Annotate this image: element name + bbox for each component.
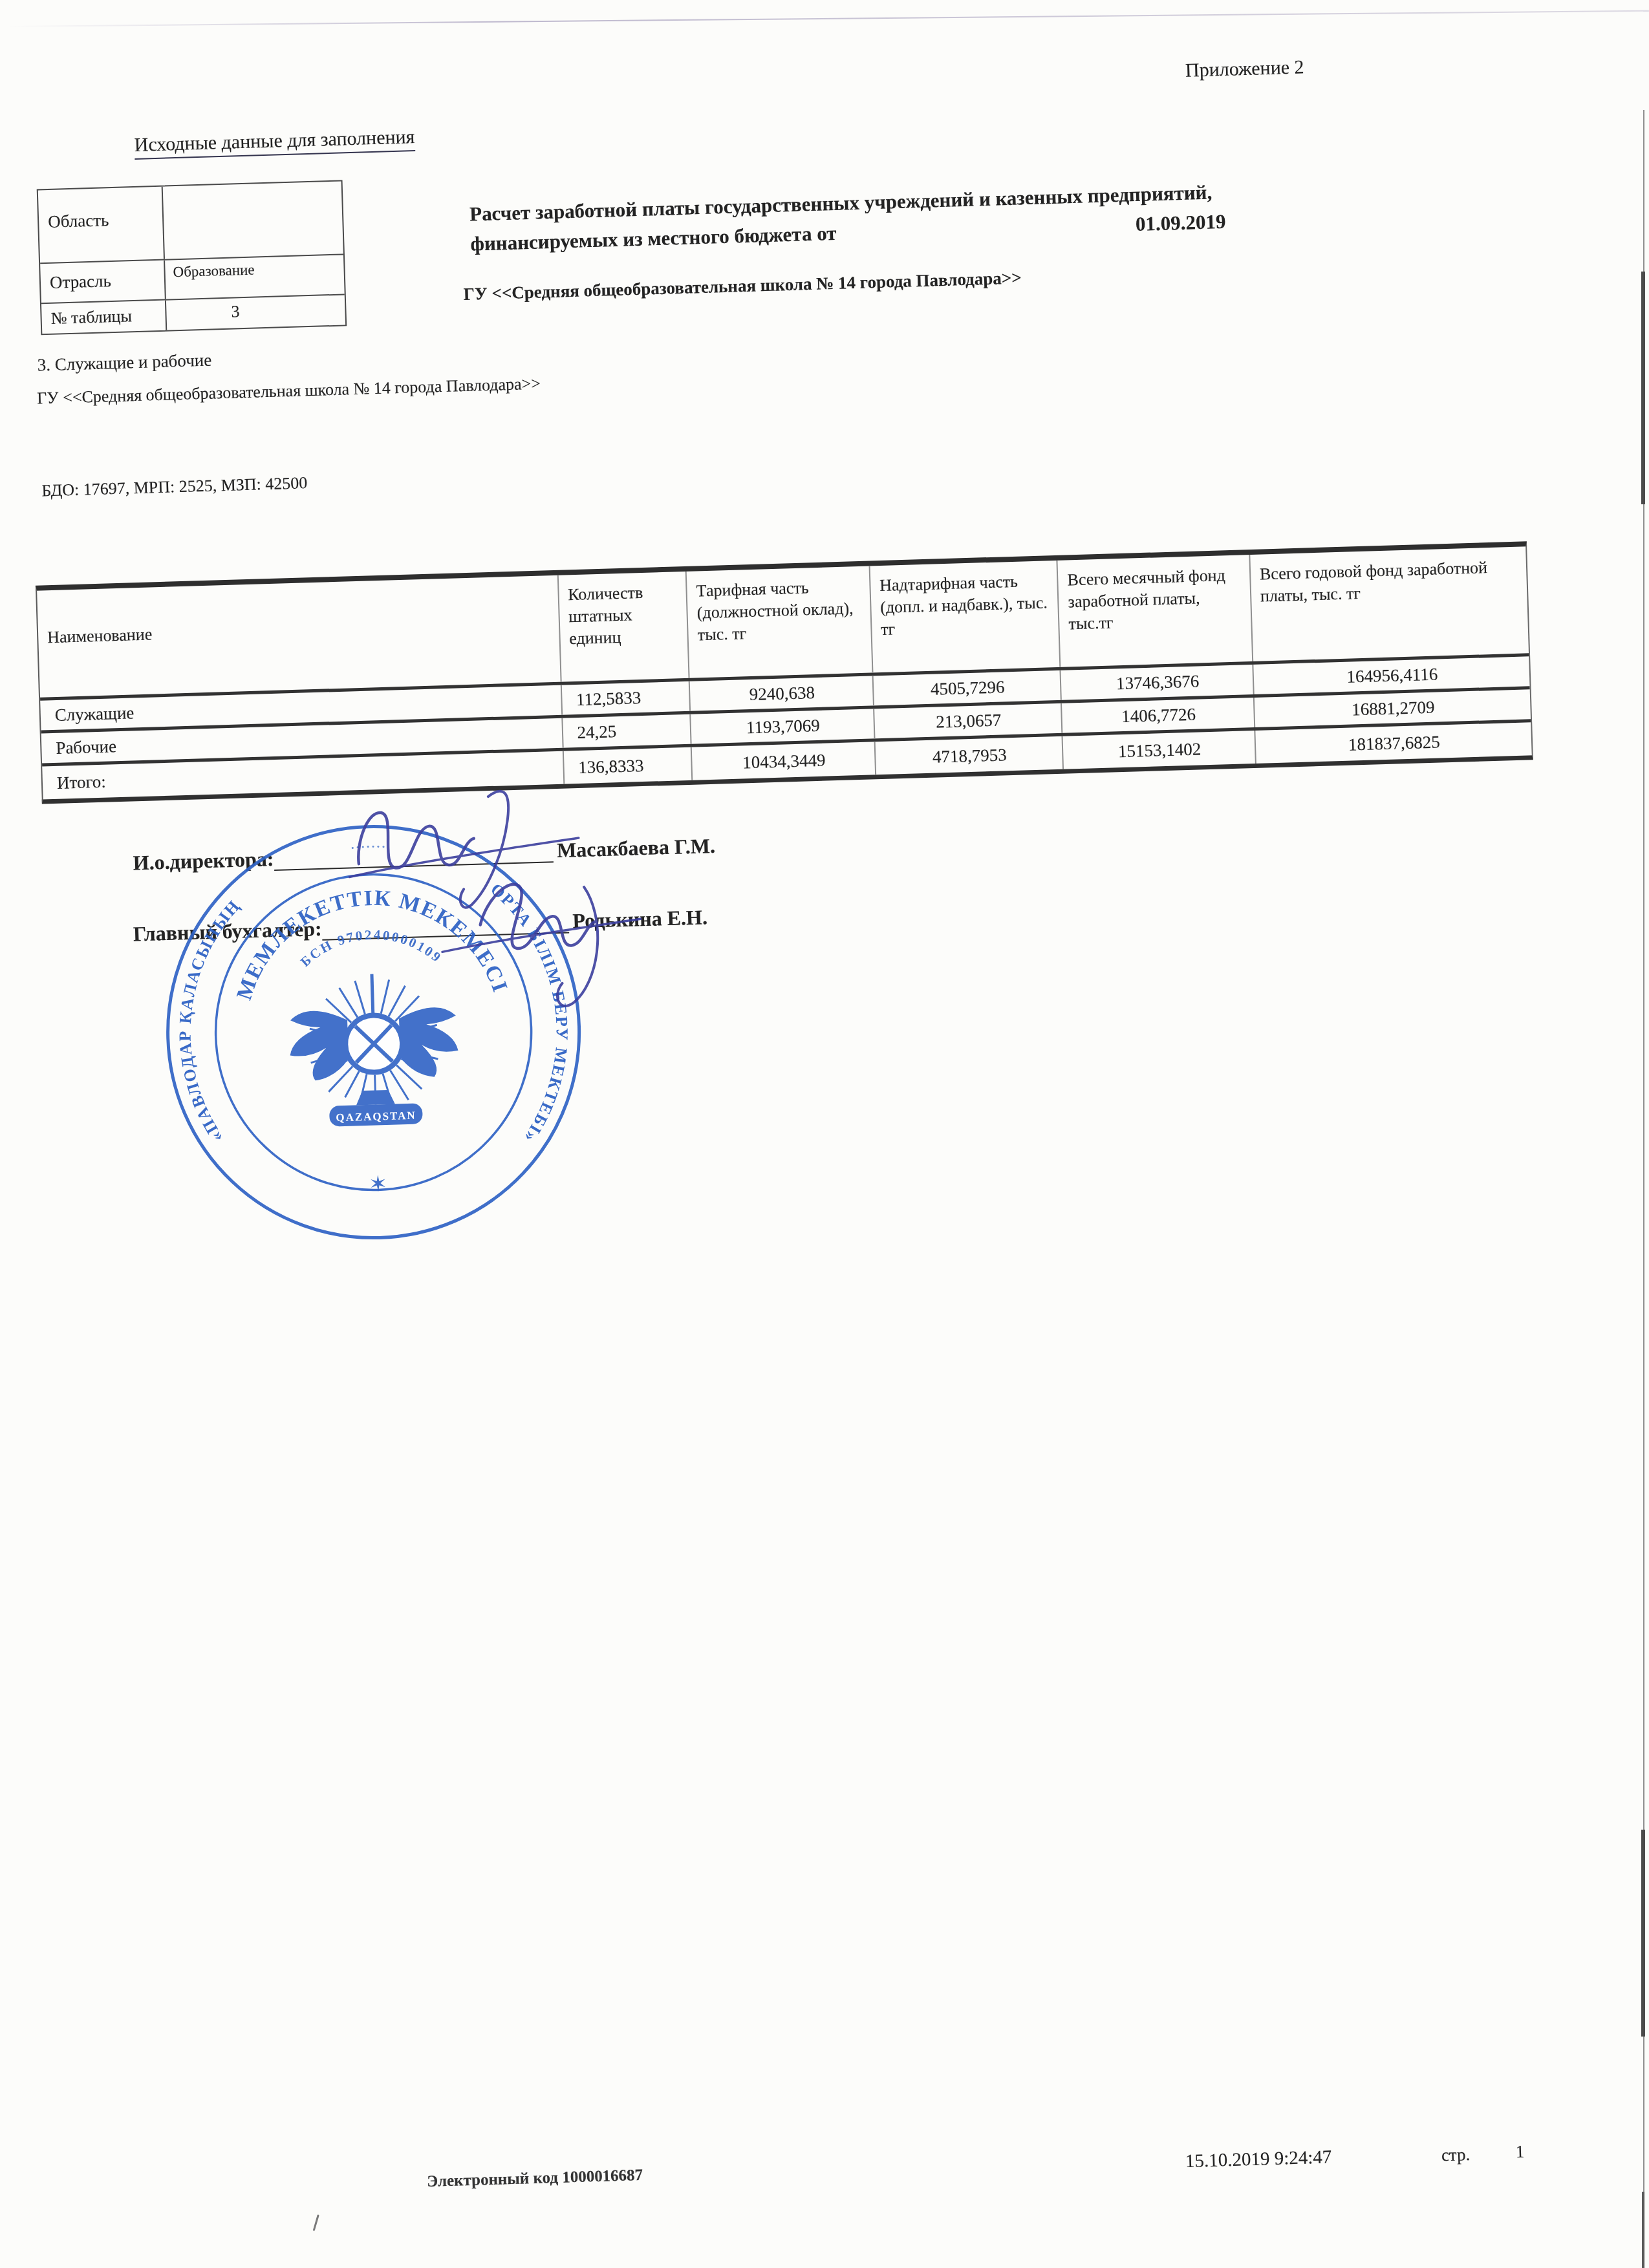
info-label: Область (38, 187, 165, 263)
page-label: стр. (1441, 2145, 1470, 2165)
cell-value: 4505,7296 (872, 670, 1061, 706)
constants-line: БДО: 17697, МРП: 2525, МЗП: 42500 (41, 473, 308, 500)
cell-value: 24,25 (561, 714, 691, 748)
page-number: 1 (1515, 2142, 1524, 2162)
cell-value: 213,0657 (873, 703, 1062, 739)
cell-value: 10434,3449 (691, 742, 875, 780)
director-role: И.о.директора: (133, 847, 274, 874)
cell-value: 4718,7953 (874, 736, 1062, 775)
section-heading: 3. Служащие и рабочие (37, 350, 211, 376)
stamp-star-icon: ✶ (369, 1172, 388, 1197)
director-name: Масакбаева Г.М. (557, 834, 716, 862)
scan-artifact-right-edge-dark-2 (1641, 1830, 1645, 2037)
cell-value: 13746,3676 (1060, 665, 1253, 700)
column-header-overtariff: Надтарифная часть (допл. и надбавк.), ты… (868, 561, 1059, 673)
column-header-monthly-fund: Всего месячный фонд заработной платы, ты… (1057, 555, 1252, 667)
print-datetime: 15.10.2019 9:24:47 (1185, 2146, 1332, 2172)
cell-value: 112,5833 (560, 681, 689, 715)
emblem-right-wing (399, 1007, 459, 1078)
accountant-name: Родькина Е.Н. (572, 905, 707, 932)
column-header-annual-fund: Всего годовой фонд заработной платы, тыс… (1249, 546, 1529, 661)
info-row-oblast: Область (38, 181, 343, 262)
source-data-heading: Исходные данные для заполнения (134, 126, 415, 160)
column-header-tariff-part: Тарифная часть (должностной оклад), тыс.… (685, 566, 872, 678)
organization-name-bold: ГУ <<Средняя общеобразовательная школа №… (463, 268, 1022, 305)
svg-text:МЕМЛЕКЕТТІК МЕКЕМЕСІ: МЕМЛЕКЕТТІК МЕКЕМЕСІ (229, 883, 512, 1004)
cell-value: 9240,638 (689, 676, 873, 711)
emblem-banner-text: QAZAQSTAN (336, 1109, 416, 1124)
director-signature-underline (274, 843, 554, 871)
accountant-role: Главный бухгалтер: (133, 917, 322, 946)
cell-value: 1406,7726 (1061, 698, 1254, 733)
info-value: 3 (166, 295, 345, 330)
accountant-signature-underline (321, 914, 569, 941)
column-header-name: Наименование (37, 575, 560, 698)
cell-value: 1193,7069 (689, 709, 874, 744)
organization-name: ГУ <<Средняя общеобразовательная школа №… (37, 374, 541, 408)
appendix-label: Приложение 2 (1185, 56, 1304, 81)
document-title: Расчет заработной платы государственных … (469, 171, 1414, 259)
scanned-document-page: Приложение 2 Исходные данные для заполне… (0, 0, 1649, 2268)
salary-table: Наименование Количеств штатных единиц Та… (36, 541, 1533, 804)
info-label: Отрасль (40, 261, 166, 303)
stamp-band-text: МЕМЛЕКЕТТІК МЕКЕМЕСІ (229, 883, 512, 1004)
scan-artifact-right-edge-dark-3 (1642, 2192, 1644, 2268)
scan-artifact-right-edge-dark-1 (1641, 272, 1645, 504)
electronic-code: Электронный код 1000016687 (427, 2166, 643, 2191)
cell-value: 15153,1402 (1062, 731, 1255, 769)
info-value: Образование (165, 255, 345, 299)
emblem-left-wing (289, 1010, 349, 1081)
info-table: Область Отрасль Образование № таблицы 3 (37, 180, 347, 335)
scan-artifact-slash (313, 2214, 319, 2231)
official-stamp: «ПАВЛОДАР ҚАЛАСЫНЫҢ ОРТА БІЛІМ БЕРУ МЕКТ… (147, 806, 600, 1259)
title-date: 01.09.2019 (1135, 207, 1226, 239)
cell-value: 136,8333 (562, 747, 691, 784)
info-label: № таблицы (41, 301, 167, 334)
info-value (163, 181, 343, 259)
accountant-signature-flourish (554, 886, 599, 1006)
director-signature-line: И.о.директора:Масакбаева Г.М. (133, 834, 715, 875)
handwritten-signatures (0, 0, 1649, 2267)
column-header-staff-units: Количеств штатных единиц (557, 572, 688, 682)
accountant-signature-line: Главный бухгалтер:Родькина Е.Н. (133, 905, 707, 946)
kazakhstan-emblem-icon: QAZAQSTAN (284, 951, 467, 1132)
